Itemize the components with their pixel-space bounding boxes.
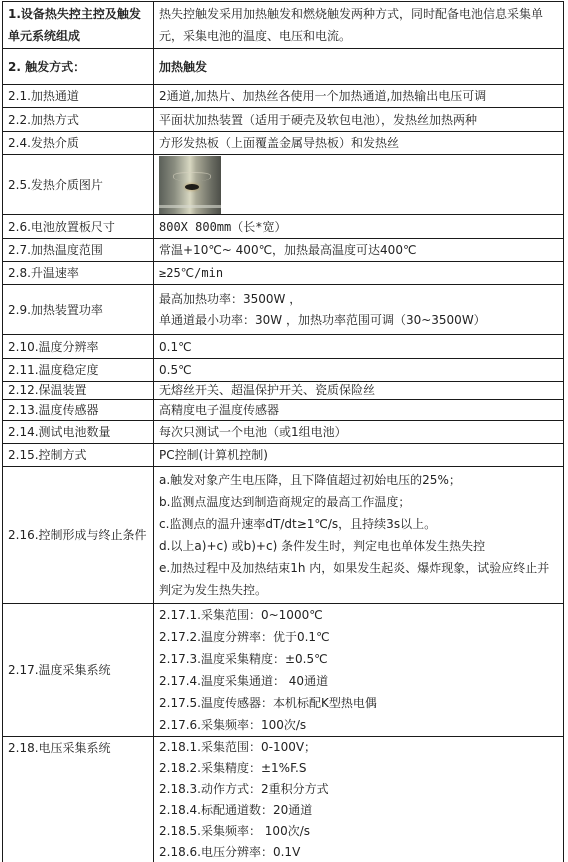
value-line: 2.18.3.动作方式：2重积分方式	[159, 779, 558, 800]
table-row: 2. 触发方式： 加热触发	[3, 49, 564, 85]
spec-table: 1.设备热失控主控及触发单元系统组成 热失控触发采用加热触发和燃烧触发两种方式，…	[2, 1, 564, 862]
value-line: 2.18.2.采集精度：±1%F.S	[159, 758, 558, 779]
row-label: 2.2.加热方式	[3, 108, 154, 132]
row-label: 2.15.控制方式	[3, 444, 154, 467]
row-label: 2.16.控制形成与终止条件	[3, 467, 154, 604]
row-label: 2.4.发热介质	[3, 132, 154, 155]
row-value: 0.1℃	[154, 335, 564, 359]
table-row: 2.6.电池放置板尺寸 800X 800mm（长*宽）	[3, 215, 564, 239]
row-label: 2.11.温度稳定度	[3, 359, 154, 382]
table-row: 2.1.加热通道 2通道,加热片、加热丝各使用一个加热通道,加热输出电压可调	[3, 85, 564, 108]
table-row: 2.2.加热方式 平面状加热装置（适用于硬壳及软包电池），发热丝加热两种	[3, 108, 564, 132]
row-label: 2. 触发方式：	[3, 49, 154, 85]
value-line: c.监测点的温升速率dT/dt≥1℃/s，且持续3s以上。	[159, 513, 558, 535]
row-value: 高精度电子温度传感器	[154, 400, 564, 421]
value-line: 2.17.3.温度采集精度：±0.5℃	[159, 648, 558, 670]
table-row: 2.14.测试电池数量 每次只测试一个电池（或1组电池）	[3, 421, 564, 444]
row-label: 2.7.加热温度范围	[3, 239, 154, 262]
row-value: 2.17.1.采集范围：0~1000℃ 2.17.2.温度分辨率：优于0.1℃ …	[154, 604, 564, 737]
row-label: 2.9.加热装置功率	[3, 285, 154, 335]
row-value: 800X 800mm（长*宽）	[154, 215, 564, 239]
row-value: 最高加热功率：3500W ， 单通道最小功率：30W ，加热功率范围可调（30~…	[154, 285, 564, 335]
table-row: 2.17.温度采集系统 2.17.1.采集范围：0~1000℃ 2.17.2.温…	[3, 604, 564, 737]
table-row: 2.16.控制形成与终止条件 a.触发对象产生电压降，且下降值超过初始电压的25…	[3, 467, 564, 604]
row-value	[154, 155, 564, 215]
row-value: PC控制(计算机控制)	[154, 444, 564, 467]
row-value: 热失控触发采用加热触发和燃烧触发两种方式，同时配备电池信息采集单元，采集电池的温…	[154, 2, 564, 49]
value-line: 判定为发生热失控。	[159, 579, 558, 601]
value-line: 最高加热功率：3500W ，	[159, 289, 558, 310]
value-line: 2.18.4.标配通道数：20通道	[159, 800, 558, 821]
heating-medium-photo	[159, 156, 221, 214]
table-row: 2.10.温度分辨率 0.1℃	[3, 335, 564, 359]
row-value: a.触发对象产生电压降，且下降值超过初始电压的25%； b.监测点温度达到制造商…	[154, 467, 564, 604]
table-row: 2.18.电压采集系统 2.18.1.采集范围：0-100V； 2.18.2.采…	[3, 737, 564, 862]
hole-shape	[185, 184, 199, 190]
value-line: 2.17.5.温度传感器：本机标配K型热电偶	[159, 692, 558, 714]
value-line: 2.18.1.采集范围：0-100V；	[159, 737, 558, 758]
row-label: 2.12.保温装置	[3, 382, 154, 400]
row-label: 2.14.测试电池数量	[3, 421, 154, 444]
table-row: 2.12.保温装置 无熔丝开关、超温保护开关、瓷质保险丝	[3, 382, 564, 400]
row-label: 2.5.发热介质图片	[3, 155, 154, 215]
row-value: ≥25℃/min	[154, 262, 564, 285]
table-row: 2.15.控制方式 PC控制(计算机控制)	[3, 444, 564, 467]
row-label: 2.13.温度传感器	[3, 400, 154, 421]
row-value: 0.5℃	[154, 359, 564, 382]
table-row: 2.4.发热介质 方形发热板（上面覆盖金属导热板）和发热丝	[3, 132, 564, 155]
row-label: 2.1.加热通道	[3, 85, 154, 108]
table-row: 2.13.温度传感器 高精度电子温度传感器	[3, 400, 564, 421]
band-shape	[159, 205, 221, 208]
table-row: 2.7.加热温度范围 常温+10℃~ 400℃，加热最高温度可达400℃	[3, 239, 564, 262]
value-line: 2.17.4.温度采集通道： 40通道	[159, 670, 558, 692]
row-label: 2.17.温度采集系统	[3, 604, 154, 737]
value-line: 2.17.6.采集频率：100次/s	[159, 714, 558, 736]
row-value: 平面状加热装置（适用于硬壳及软包电池），发热丝加热两种	[154, 108, 564, 132]
row-value: 每次只测试一个电池（或1组电池）	[154, 421, 564, 444]
row-label: 2.6.电池放置板尺寸	[3, 215, 154, 239]
row-label: 1.设备热失控主控及触发单元系统组成	[3, 2, 154, 49]
row-label: 2.10.温度分辨率	[3, 335, 154, 359]
value-line: 单通道最小功率：30W ，加热功率范围可调（30~3500W）	[159, 310, 558, 331]
row-label: 2.8.升温速率	[3, 262, 154, 285]
row-value: 无熔丝开关、超温保护开关、瓷质保险丝	[154, 382, 564, 400]
value-line: 2.17.1.采集范围：0~1000℃	[159, 604, 558, 626]
row-value: 方形发热板（上面覆盖金属导热板）和发热丝	[154, 132, 564, 155]
value-line: 2.17.2.温度分辨率：优于0.1℃	[159, 626, 558, 648]
value-line: e.加热过程中及加热结束1h 内，如果发生起炎、爆炸现象，试验应终止并	[159, 557, 558, 579]
table-row: 2.8.升温速率 ≥25℃/min	[3, 262, 564, 285]
row-value: 2通道,加热片、加热丝各使用一个加热通道,加热输出电压可调	[154, 85, 564, 108]
table-row: 2.9.加热装置功率 最高加热功率：3500W ， 单通道最小功率：30W ，加…	[3, 285, 564, 335]
row-value: 2.18.1.采集范围：0-100V； 2.18.2.采集精度：±1%F.S 2…	[154, 737, 564, 862]
row-value: 加热触发	[154, 49, 564, 85]
table-row: 2.5.发热介质图片	[3, 155, 564, 215]
table-row: 1.设备热失控主控及触发单元系统组成 热失控触发采用加热触发和燃烧触发两种方式，…	[3, 2, 564, 49]
value-line: b.监测点温度达到制造商规定的最高工作温度；	[159, 491, 558, 513]
table-row: 2.11.温度稳定度 0.5℃	[3, 359, 564, 382]
heating-wire-shape	[173, 172, 211, 181]
value-line: a.触发对象产生电压降，且下降值超过初始电压的25%；	[159, 469, 558, 491]
value-line: d.以上a)+c) 或b)+c) 条件发生时，判定电也单体发生热失控	[159, 535, 558, 557]
value-line: 2.18.5.采集频率： 100次/s	[159, 821, 558, 842]
row-label: 2.18.电压采集系统	[3, 737, 154, 862]
value-line: 2.18.6.电压分辨率：0.1V	[159, 842, 558, 862]
row-value: 常温+10℃~ 400℃，加热最高温度可达400℃	[154, 239, 564, 262]
